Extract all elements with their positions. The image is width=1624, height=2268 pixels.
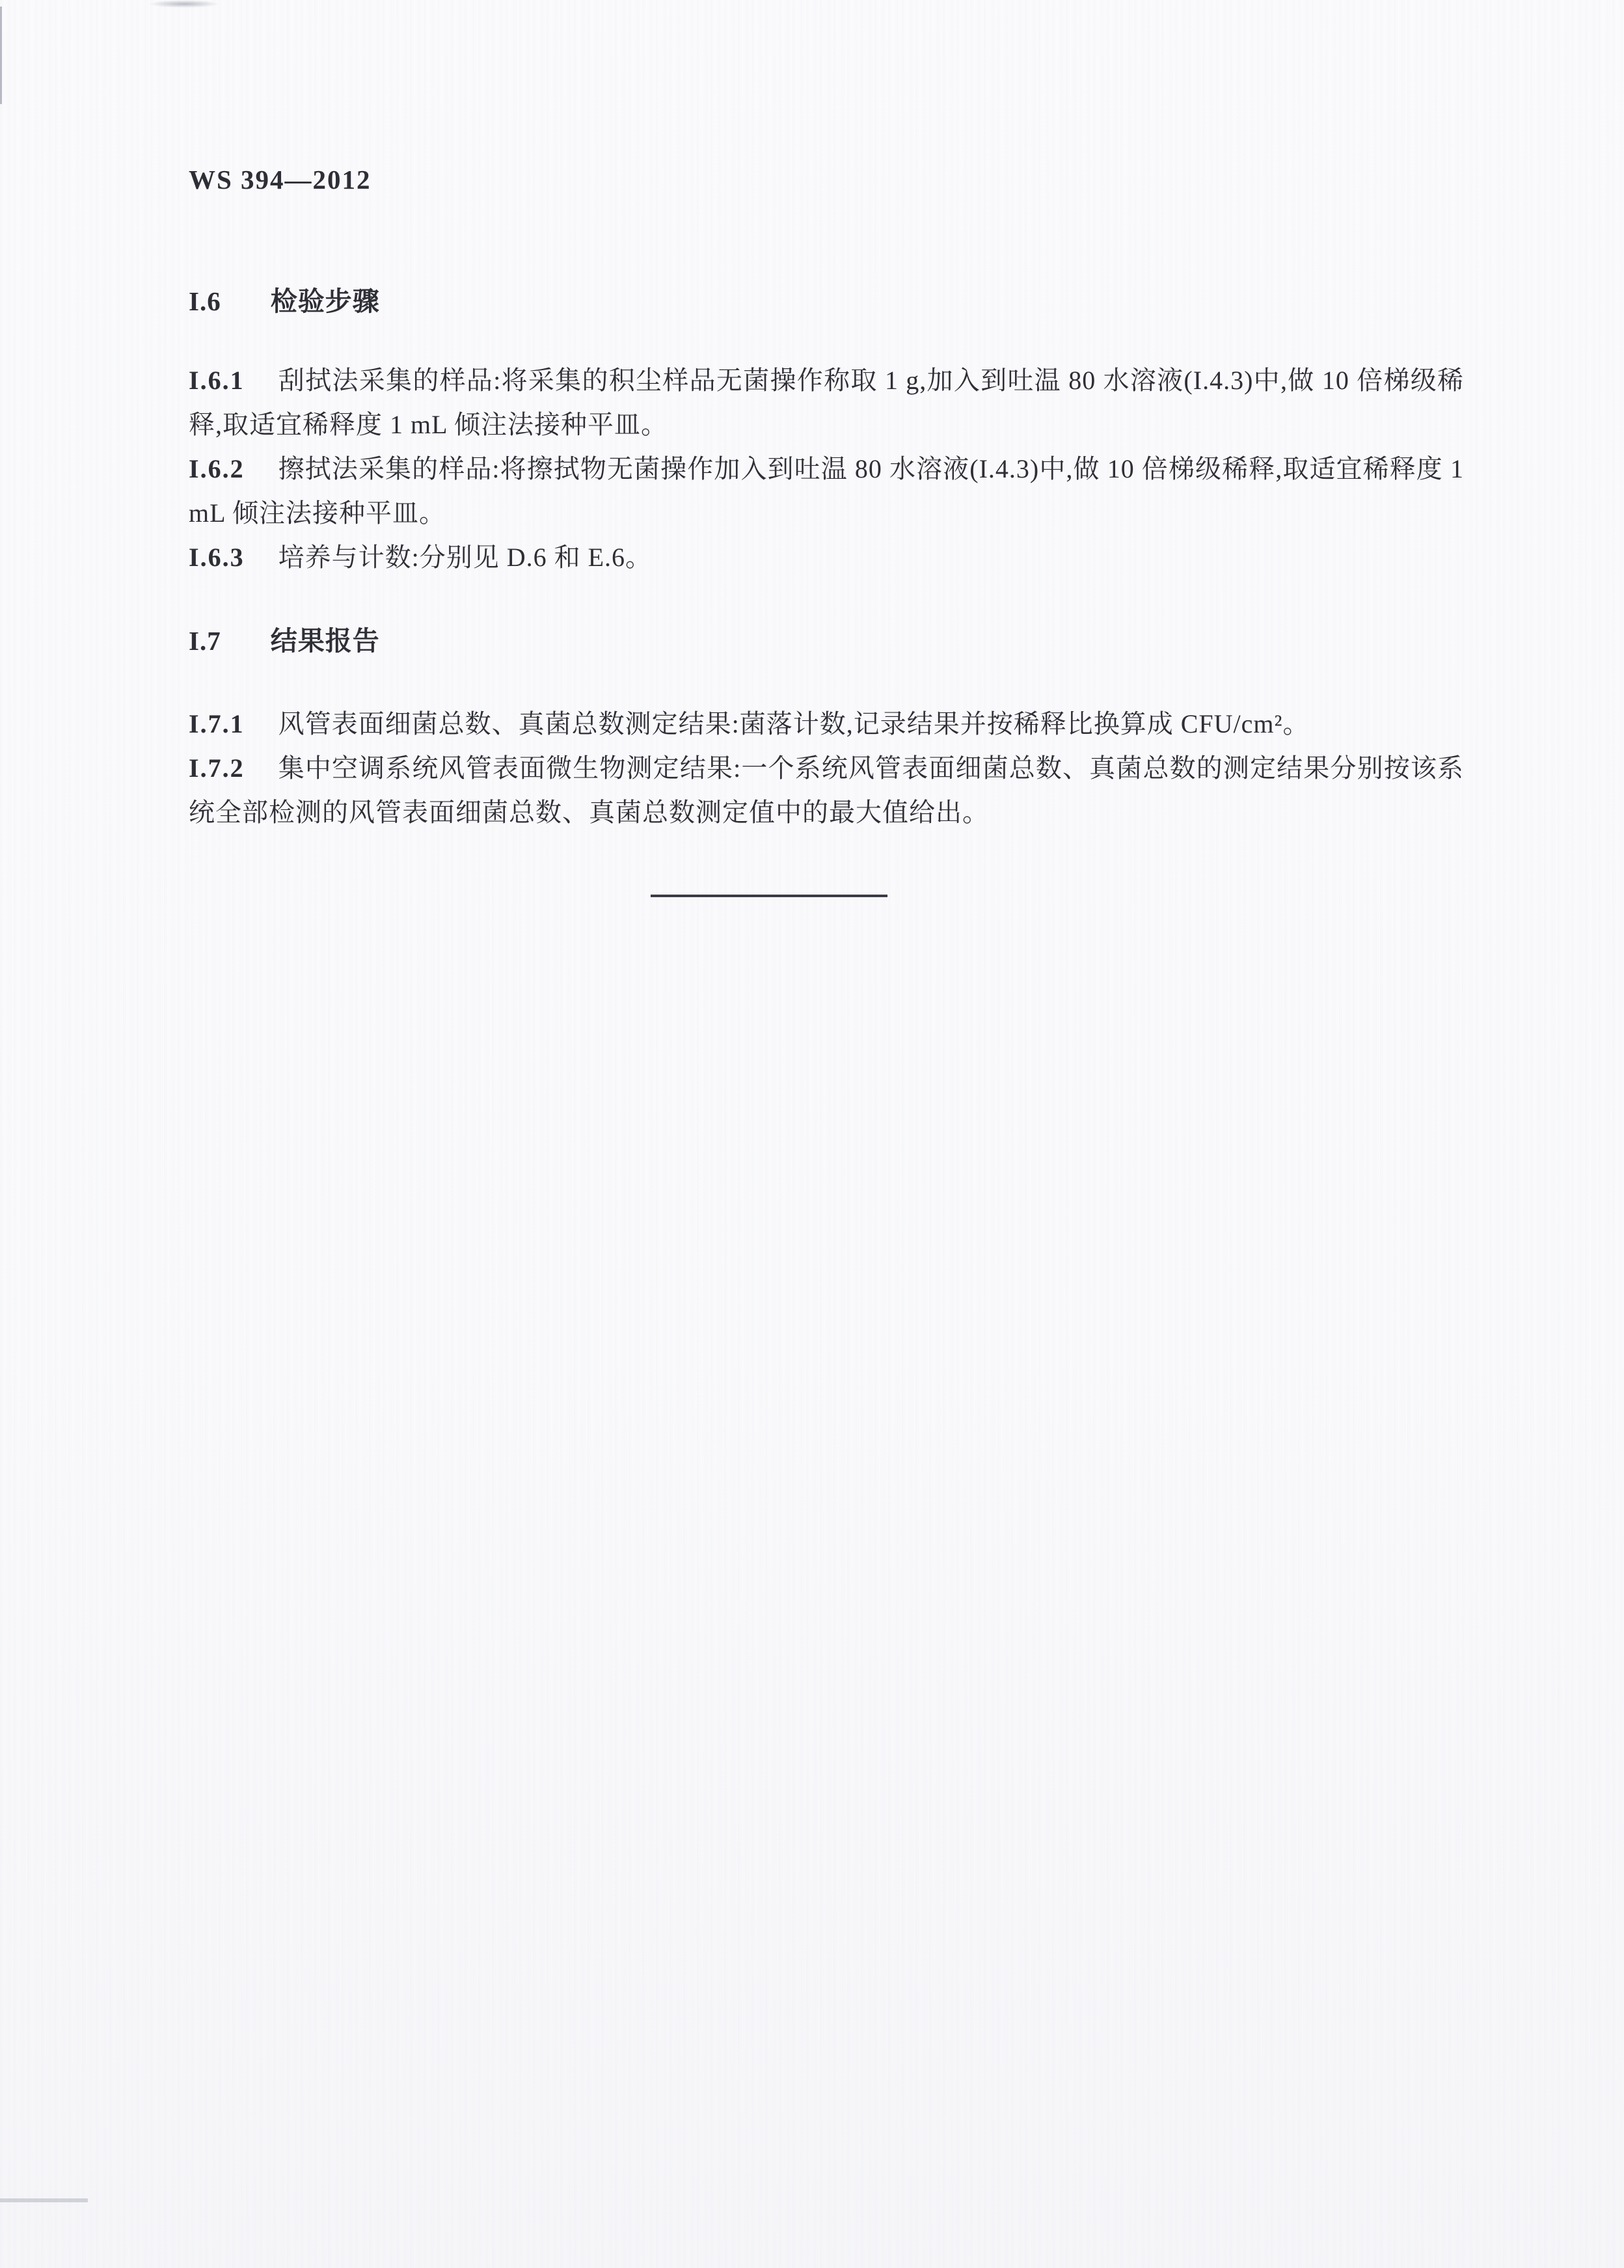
section-title: 结果报告 — [271, 626, 380, 656]
clause-number: I.6.1 — [189, 366, 245, 395]
clause-text: 刮拭法采集的样品:将采集的积尘样品无菌操作称取 1 g,加入到吐温 80 水溶液… — [189, 366, 1464, 439]
scan-edge-artifact — [0, 7, 2, 104]
clause-i72: I.7.2集中空调系统风管表面微生物测定结果:一个系统风管表面细菌总数、真菌总数… — [189, 746, 1464, 835]
end-separator-rule — [651, 895, 887, 897]
clause-text: 培养与计数:分别见 D.6 和 E.6。 — [278, 543, 652, 572]
clause-number: I.7.2 — [189, 753, 245, 783]
section-number: I.7 — [189, 626, 221, 656]
clause-text: 风管表面细菌总数、真菌总数测定结果:菌落计数,记录结果并按稀释比换算成 CFU/… — [278, 709, 1310, 738]
section-heading-i7: I.7结果报告 — [189, 625, 1464, 657]
clause-number: I.7.1 — [189, 709, 245, 738]
clauses-i6: I.6.1刮拭法采集的样品:将采集的积尘样品无菌操作称取 1 g,加入到吐温 8… — [189, 358, 1464, 580]
section-title: 检验步骤 — [271, 286, 380, 316]
clause-i61: I.6.1刮拭法采集的样品:将采集的积尘样品无菌操作称取 1 g,加入到吐温 8… — [189, 358, 1464, 447]
document-page: WS 394—2012 I.6检验步骤 I.6.1刮拭法采集的样品:将采集的积尘… — [0, 0, 1624, 2268]
section-number: I.6 — [189, 286, 221, 316]
clause-number: I.6.3 — [189, 543, 245, 572]
clause-text: 擦拭法采集的样品:将擦拭物无菌操作加入到吐温 80 水溶液(I.4.3)中,做 … — [189, 454, 1464, 528]
scan-smudge-bottom — [0, 2198, 88, 2202]
page-content: WS 394—2012 I.6检验步骤 I.6.1刮拭法采集的样品:将采集的积尘… — [189, 0, 1464, 897]
clause-i63: I.6.3培养与计数:分别见 D.6 和 E.6。 — [189, 535, 1464, 580]
clause-number: I.6.2 — [189, 454, 245, 483]
clauses-i7: I.7.1风管表面细菌总数、真菌总数测定结果:菌落计数,记录结果并按稀释比换算成… — [189, 702, 1464, 835]
clause-i62: I.6.2擦拭法采集的样品:将擦拭物无菌操作加入到吐温 80 水溶液(I.4.3… — [189, 447, 1464, 535]
standard-number: WS 394—2012 — [189, 164, 1464, 195]
clause-i71: I.7.1风管表面细菌总数、真菌总数测定结果:菌落计数,记录结果并按稀释比换算成… — [189, 702, 1464, 746]
clause-text: 集中空调系统风管表面微生物测定结果:一个系统风管表面细菌总数、真菌总数的测定结果… — [189, 753, 1464, 827]
section-heading-i6: I.6检验步骤 — [189, 285, 1464, 317]
